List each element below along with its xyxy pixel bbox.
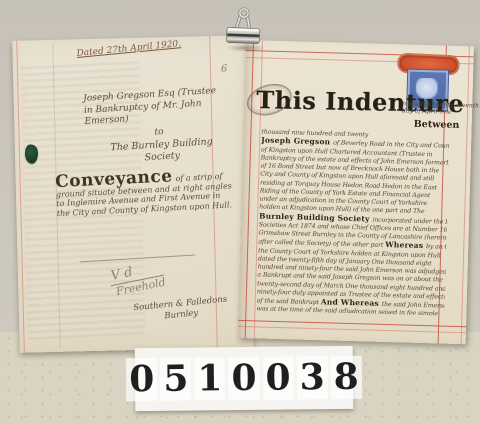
pencil-page-number: 6 [221,64,228,75]
photo-scene: Dated 27th April 1920. Joseph Gregson Es… [0,0,480,424]
between-word: Between [414,119,460,131]
endorsement-conveyance: Conveyanceof a strip of ground situate b… [55,169,235,218]
label-digit: 3 [296,356,328,400]
label-digit: 8 [330,356,362,400]
ruling-line [245,40,254,338]
endorsement-date: Dated 27th April 1920. [76,39,181,59]
label-digit: 1 [194,357,226,401]
label-digit: 0 [126,358,158,402]
gothic-word: Whereas [385,240,426,250]
ruling-line [238,326,466,333]
script-text: by an Order of [426,243,446,251]
script-text: of the said Bankrupt [257,297,321,306]
label-digit: 0 [262,356,294,400]
binder-clip-graphic [223,3,263,50]
gothic-word: And Whereas [321,297,382,308]
archive-number-label: 0510038 [135,346,354,411]
deed-opening-lines: made the twenty-seventhday of April One [402,100,468,117]
green-wax-seal [25,144,38,163]
binder-clip [223,3,263,50]
gothic-word: Joseph Gregson [261,137,333,147]
label-digit: 5 [160,357,192,401]
deed-body-text: thousand nine hundred and twentyJoseph G… [256,128,449,315]
label-digit: 0 [228,357,260,401]
endorsement-to: to [154,127,164,138]
deed-back-page: Dated 27th April 1920. Joseph Gregson Es… [12,35,254,353]
deed-front-page: This Indenture made the twenty-seventhda… [238,40,474,344]
deed-heading: This Indenture [256,85,421,117]
